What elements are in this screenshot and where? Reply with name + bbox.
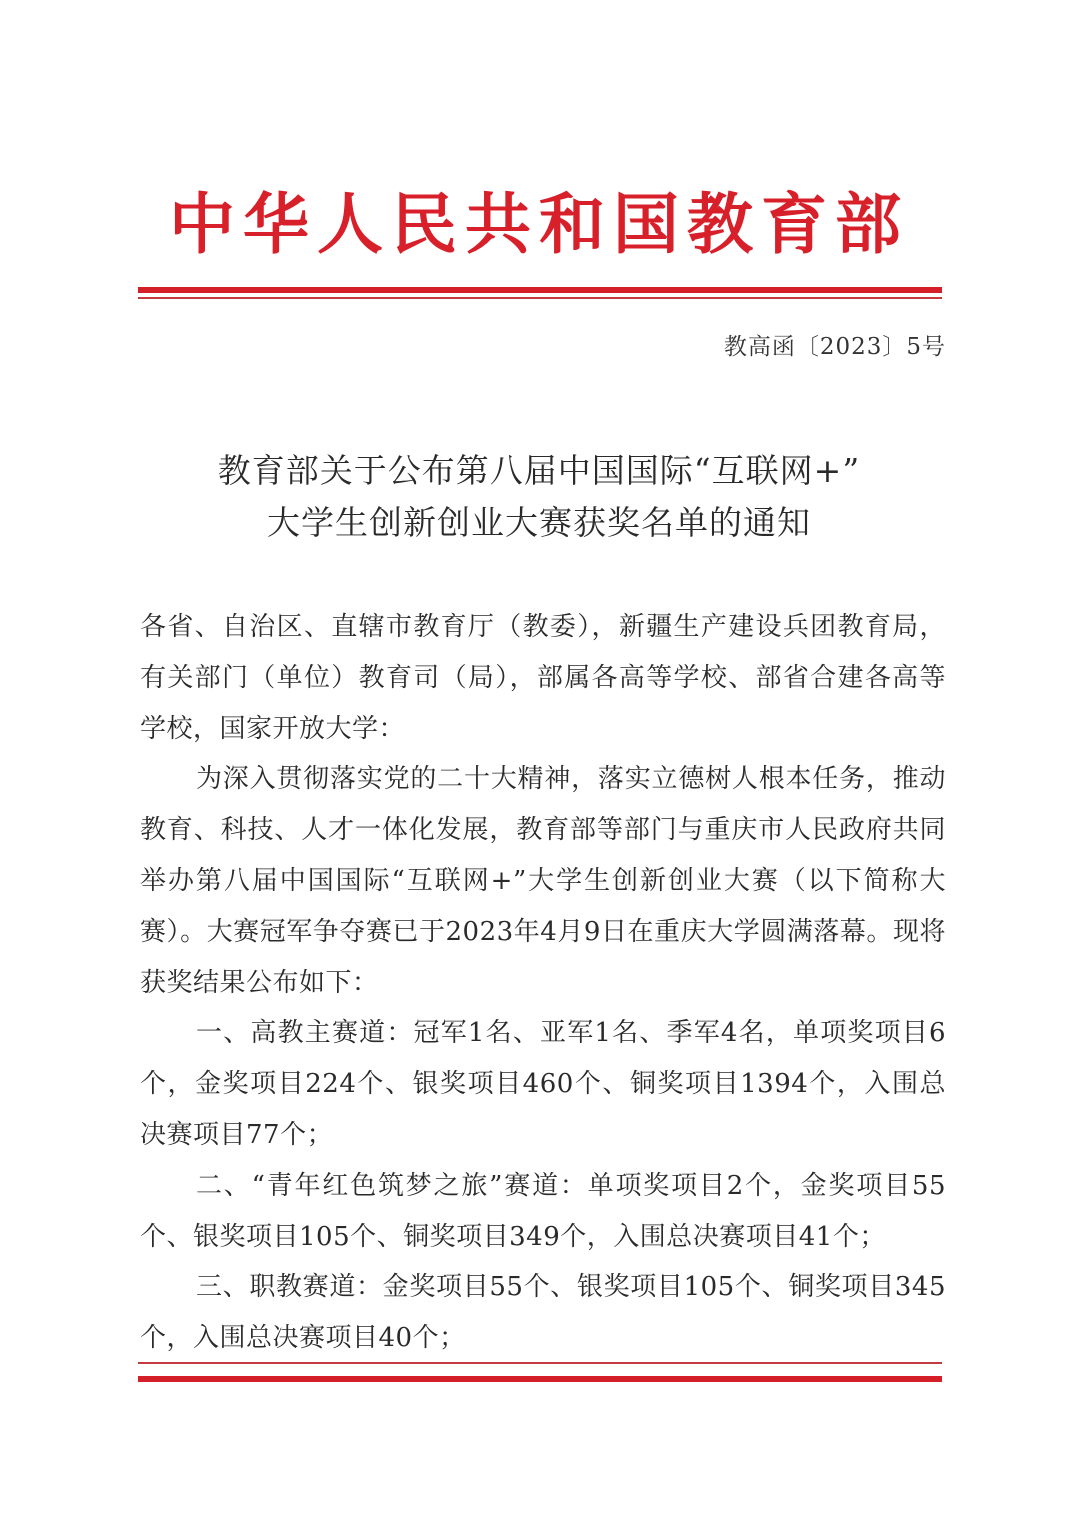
award-item-2: 二、“青年红色筑梦之旅”赛道：单项奖项目2个，金奖项目55个、银奖项目105个、… — [140, 1161, 946, 1263]
intro-paragraph: 为深入贯彻落实党的二十大精神，落实立德树人根本任务，推动教育、科技、人才一体化发… — [140, 754, 946, 1008]
footer-rule-thick — [138, 1376, 942, 1382]
document-number: 教高函〔2023〕5号 — [724, 328, 946, 361]
document-body: 各省、自治区、直辖市教育厅（教委），新疆生产建设兵团教育局，有关部门（单位）教育… — [140, 602, 946, 1364]
document-title: 教育部关于公布第八届中国国际“互联网+” 大学生创新创业大赛获奖名单的通知 — [0, 445, 1078, 549]
title-line-2: 大学生创新创业大赛获奖名单的通知 — [0, 497, 1078, 549]
header-rule-thin — [138, 297, 942, 299]
addressee-paragraph: 各省、自治区、直辖市教育厅（教委），新疆生产建设兵团教育局，有关部门（单位）教育… — [140, 602, 946, 754]
footer-rule-thin — [138, 1362, 942, 1364]
header-rule-thick — [138, 287, 942, 293]
award-item-3: 三、职教赛道：金奖项目55个、银奖项目105个、铜奖项目345个，入围总决赛项目… — [140, 1262, 946, 1364]
award-item-1: 一、高教主赛道：冠军1名、亚军1名、季军4名，单项奖项目6个，金奖项目224个、… — [140, 1008, 946, 1160]
letterhead-issuer: 中华人民共和国教育部 — [0, 184, 1078, 264]
title-line-1: 教育部关于公布第八届中国国际“互联网+” — [0, 445, 1078, 497]
